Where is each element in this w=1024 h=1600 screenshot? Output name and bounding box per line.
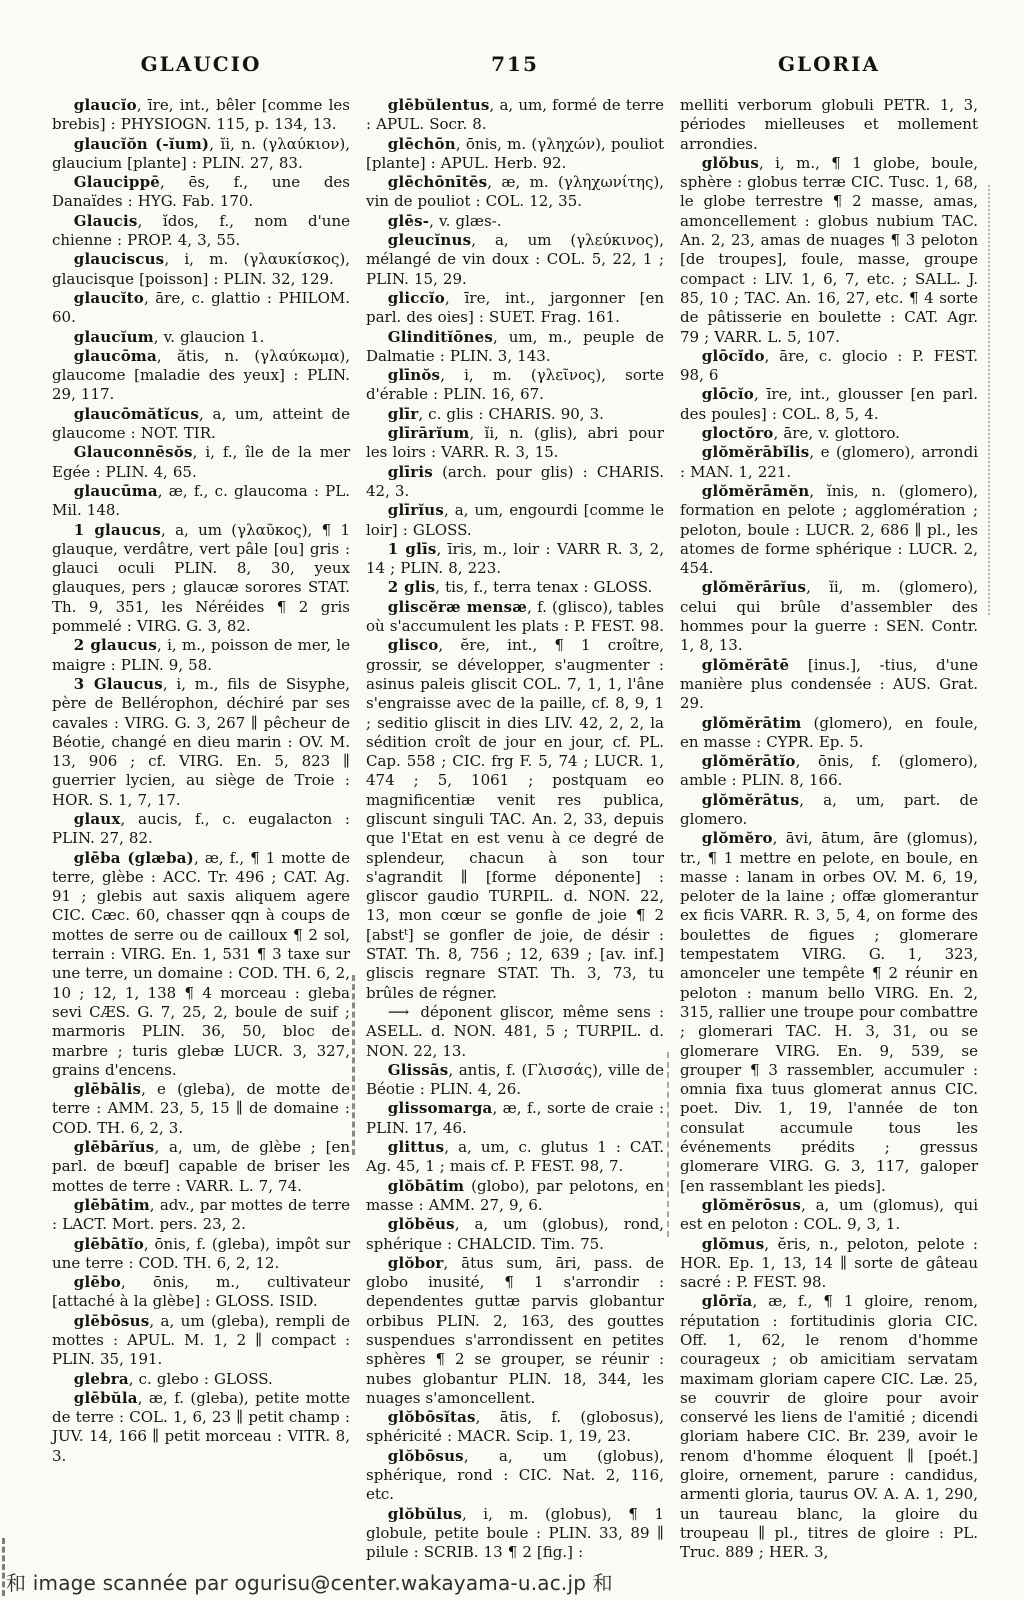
dictionary-entry: 2 glaucus, i, m., poisson de mer, le mai… [52,636,350,675]
dictionary-entry: glēchōn, ōnis, m. (γληχών), pouliot [pla… [366,135,664,174]
entry-headword: glōcĭo [702,385,754,403]
running-head-left: GLAUCIO [52,52,350,76]
entry-body: , i, m., fils de Sisyphe, père de Bellér… [52,675,350,809]
entry-headword: 1 glaucus [74,521,161,539]
dictionary-entry: glaucĭto, āre, c. glattio : PHILOM. 60. [52,289,350,328]
dictionary-entry: glēbātim, adv., par mottes de terre : LA… [52,1196,350,1235]
entry-headword: glēbātĭo [74,1235,144,1253]
dictionary-entry: glŏbor, ātus sum, āri, pass. de globo in… [366,1254,664,1408]
entry-headword: glaucĭum [74,328,154,346]
dictionary-entry: gliccĭo, īre, int., jargonner [en parl. … [366,289,664,328]
dictionary-entry: glīrārĭum, ĭi, n. (glis), abri pour les … [366,424,664,463]
dictionary-entry: Glissās, antis, f. (Γλισσάς), ville de B… [366,1061,664,1100]
entry-headword: glēs- [388,212,429,230]
entry-headword: glittus [388,1138,445,1156]
dictionary-entry: 2 glis, tis, f., terra tenax : GLOSS. [366,578,664,597]
entry-headword: Glaucis [74,212,138,230]
entry-headword: glŏmĕrārĭus [702,578,806,596]
entry-headword: glēbŭlentus [388,96,490,114]
entry-headword: glŏmĕrātim [702,714,802,732]
dictionary-entry: glōcĭdo, āre, c. glocio : P. FEST. 98, 6 [680,347,978,386]
dictionary-entry: glŏmus, ĕris, n., peloton, pelote : HOR.… [680,1235,978,1293]
dictionary-entry: glŏmĕrāmĕn, ĭnis, n. (glomero), formatio… [680,482,978,578]
dictionary-entry: Glinditĭōnes, um, m., peuple de Dalmatie… [366,328,664,367]
dictionary-entry: glŏmĕrōsus, a, um (glomus), qui est en p… [680,1196,978,1235]
dictionary-entry: glaucĭŏn (-ĭum), ĭi, n. (γλαύκιον), glau… [52,135,350,174]
entry-headword: glīrārĭum [388,424,470,442]
entry-headword: glŏbĕus [388,1215,455,1233]
entry-headword: glŏbŭlus [388,1505,462,1523]
dictionary-entry: glŏbātim (globo), par pelotons, en masse… [366,1177,664,1216]
dictionary-entry: Glauconnēsŏs, i, f., île de la mer Egée … [52,443,350,482]
entry-headword: glīnŏs [388,366,440,384]
entry-headword: Glissās [388,1061,449,1079]
dictionary-entry: 1 glīs, īris, m., loir : VARR R. 3, 2, 1… [366,540,664,579]
entry-headword: glēbŭla [74,1389,138,1407]
column-2: glēbŭlentus, a, um, formé de terre : APU… [366,96,664,1563]
entry-headword: glŏmĕro [702,829,773,847]
dictionary-entry: glaux, aucis, f., c. eugalacton : PLIN. … [52,810,350,849]
dictionary-entry: glebra, c. glebo : GLOSS. [52,1370,350,1389]
dictionary-entry: glŏmĕrātĭo, ōnis, f. (glomero), amble : … [680,752,978,791]
entry-headword: glīrĭus [388,501,444,519]
entry-body: , ātus sum, āri, pass. de globo inusité,… [366,1254,664,1407]
entry-headword: glŏmĕrāmĕn [702,482,810,500]
text-columns: glaucĭo, īre, int., bêler [comme les bre… [52,96,978,1563]
entry-headword: glēchōn [388,135,456,153]
running-head-right: GLORIA [680,52,978,76]
dictionary-entry: glittus, a, um, c. glutus 1 : CAT. Ag. 4… [366,1138,664,1177]
scan-artifact-line [667,1052,669,1237]
dictionary-entry: glīrĭus, a, um, engourdi [comme le loir]… [366,501,664,540]
entry-body: , i, m., ¶ 1 globe, boule, sphère : glob… [680,154,978,346]
dictionary-entry: glēbātĭo, ōnis, f. (gleba), impôt sur un… [52,1235,350,1274]
dictionary-entry: glaucōmătĭcus, a, um, atteint de glaucom… [52,405,350,444]
entry-headword: glēbātim [74,1196,150,1214]
dictionary-entry: glēbārĭus, a, um, de glèbe ; [en parl. d… [52,1138,350,1196]
entry-headword: glīr [388,405,419,423]
entry-headword: Glinditĭōnes [388,328,493,346]
entry-headword: Glaucippē [74,173,160,191]
page-number: 715 [366,52,664,76]
entry-headword: glaucĭto [74,289,144,307]
entry-headword: glŏmĕrātĭo [702,752,796,770]
dictionary-page: GLAUCIO 715 GLORIA glaucĭo, īre, int., b… [0,0,1024,1600]
scan-watermark-text: 和 image scannée par ogurisu@center.wakay… [6,1571,613,1595]
dictionary-entry: glŏmĕrārĭus, ĭi, m. (glomero), celui qui… [680,578,978,655]
entry-headword: glaucĭŏn (-ĭum) [74,135,209,153]
entry-headword: glaucōma [74,347,157,365]
entry-headword: 3 Glaucus [74,675,163,693]
scan-artifact-line [988,185,990,615]
entry-headword: gliccĭo [388,289,445,307]
dictionary-entry: glēbālis, e (gleba), de motte de terre :… [52,1080,350,1138]
dictionary-entry: glēba (glæba), æ, f., ¶ 1 motte de terre… [52,849,350,1081]
entry-body: melliti verborum globuli PETR. 1, 3, pér… [680,96,978,153]
entry-headword: gleucĭnus [388,231,472,249]
entry-headword: glōcĭdo [702,347,765,365]
entry-body: , ĕre, int., ¶ 1 croître, grossir, se dé… [366,636,664,1001]
dictionary-entry: Glaucis, ĭdos, f., nom d'une chienne : P… [52,212,350,251]
dictionary-entry: 1 glaucus, a, um (γλαῦκος), ¶ 1 glauque,… [52,521,350,637]
running-head: GLAUCIO 715 GLORIA [52,52,978,76]
entry-body: , c. glis : CHARIS. 90, 3. [418,405,604,423]
entry-headword: glŏmĕrātē [702,656,790,674]
dictionary-entry: 3 Glaucus, i, m., fils de Sisyphe, père … [52,675,350,810]
entry-headword: glŏmĕrābĭlis [702,443,810,461]
entry-headword: gliscĕræ mensæ [388,598,527,616]
entry-headword: glaux [74,810,121,828]
entry-headword: glauciscus [74,250,165,268]
entry-headword: glissomarga [388,1099,493,1117]
dictionary-entry: glēbŭla, æ, f. (gleba), petite motte de … [52,1389,350,1466]
dictionary-entry: melliti verborum globuli PETR. 1, 3, pér… [680,96,978,154]
entry-headword: glŏbor [388,1254,444,1272]
dictionary-entry: glaucĭum, v. glaucion 1. [52,328,350,347]
entry-headword: glŏbōsĭtas [388,1408,476,1426]
entry-headword: 1 glīs [388,540,437,558]
dictionary-entry: glŏmĕrātus, a, um, part. de glomero. [680,791,978,830]
entry-body: , v. glaucion 1. [154,328,265,346]
dictionary-entry: glŏbōsĭtas, ātis, f. (globosus), sphéric… [366,1408,664,1447]
dictionary-entry: gliscĕræ mensæ, f. (glisco), tables où s… [366,598,664,637]
dictionary-entry: glisco, ĕre, int., ¶ 1 croître, grossir,… [366,636,664,1003]
deponent-arrow-icon: ⟶ [388,1003,413,1021]
dictionary-entry: glēs-, v. glæs-. [366,212,664,231]
entry-headword: glēbālis [74,1080,141,1098]
dictionary-entry: glōcĭo, īre, int., glousser [en parl. de… [680,385,978,424]
dictionary-entry: gleucĭnus, a, um (γλεύκινος), mélangé de… [366,231,664,289]
entry-body: , āre, v. glottoro. [774,424,900,442]
dictionary-entry: glaucĭo, īre, int., bêler [comme les bre… [52,96,350,135]
dictionary-entry: glaucōma, ătis, n. (γλαύκωμα), glaucome … [52,347,350,405]
entry-headword: glaucōmătĭcus [74,405,199,423]
column-3: melliti verborum globuli PETR. 1, 3, pér… [680,96,978,1563]
dictionary-entry: Glaucippē, ēs, f., une des Danaïdes : HY… [52,173,350,212]
entry-body: , c. glebo : GLOSS. [129,1370,273,1388]
dictionary-entry: glauciscus, i, m. (γλαυκίσκος), glaucisq… [52,250,350,289]
entry-headword: glŏbus [702,154,759,172]
entry-body: , æ, f., ¶ 1 gloire, renom, réputation :… [680,1292,978,1561]
entry-headword: glēchōnītēs [388,173,488,191]
entry-headword: glisco [388,636,439,654]
entry-headword: glŏbātim [388,1177,465,1195]
dictionary-entry: glīnŏs, i, m. (γλεῖνος), sorte d'érable … [366,366,664,405]
dictionary-entry: glŏmĕrātē [inus.], -tius, d'une manière … [680,656,978,714]
entry-headword: glaucĭo [74,96,137,114]
dictionary-entry: glŏbus, i, m., ¶ 1 globe, boule, sphère … [680,154,978,347]
dictionary-entry: glŏbĕus, a, um (globus), rond, sphérique… [366,1215,664,1254]
entry-body: , tis, f., terra tenax : GLOSS. [435,578,652,596]
dictionary-entry: glīris (arch. pour glis) : CHARIS. 42, 3… [366,463,664,502]
entry-headword: 2 glaucus [74,636,157,654]
entry-headword: glēbārĭus [74,1138,155,1156]
dictionary-entry: glēbo, ōnis, m., cultivateur [attaché à … [52,1273,350,1312]
dictionary-entry: glēbōsus, a, um (gleba), rempli de motte… [52,1312,350,1370]
dictionary-entry: glēbŭlentus, a, um, formé de terre : APU… [366,96,664,135]
entry-headword: gloctŏro [702,424,774,442]
entry-headword: glīris [388,463,433,481]
entry-headword: glōrĭa [702,1292,753,1310]
entry-headword: Glauconnēsŏs [74,443,193,461]
dictionary-entry: ⟶ déponent gliscor, même sens : ASELL. d… [366,1003,664,1061]
scan-artifact-line [2,1538,5,1596]
dictionary-entry: glīr, c. glis : CHARIS. 90, 3. [366,405,664,424]
dictionary-entry: glŏbŭlus, i, m. (globus), ¶ 1 globule, p… [366,1505,664,1563]
dictionary-entry: gloctŏro, āre, v. glottoro. [680,424,978,443]
entry-headword: glŏmĕrōsus [702,1196,801,1214]
entry-headword: glēba (glæba) [74,849,194,867]
entry-headword: glŏmus [702,1235,765,1253]
column-1: glaucĭo, īre, int., bêler [comme les bre… [52,96,350,1466]
dictionary-entry: glēchōnītēs, æ, m. (γληχωνίτης), vin de … [366,173,664,212]
entry-body: , v. glæs-. [429,212,501,230]
entry-body: , āvi, ātum, āre (glomus), tr., ¶ 1 mett… [680,829,978,1194]
scan-watermark: 和 image scannée par ogurisu@center.wakay… [6,1567,613,1596]
dictionary-entry: glŏmĕrābĭlis, e (glomero), arrondi : MAN… [680,443,978,482]
entry-headword: glēbōsus [74,1312,150,1330]
dictionary-entry: glissomarga, æ, f., sorte de craie : PLI… [366,1099,664,1138]
dictionary-entry: glaucūma, æ, f., c. glaucoma : PL. Mil. … [52,482,350,521]
scan-artifact-line [352,975,355,1155]
dictionary-entry: glŏbōsus, a, um (globus), sphérique, ron… [366,1447,664,1505]
entry-headword: glebra [74,1370,129,1388]
dictionary-entry: glŏmĕrātim (glomero), en foule, en masse… [680,714,978,753]
dictionary-entry: glŏmĕro, āvi, ātum, āre (glomus), tr., ¶… [680,829,978,1196]
entry-body: , æ, f., ¶ 1 motte de terre, glèbe : ACC… [52,849,350,1079]
entry-headword: glŏbōsus [388,1447,464,1465]
entry-headword: glēbo [74,1273,121,1291]
entry-headword: 2 glis [388,578,436,596]
entry-headword: glaucūma [74,482,158,500]
dictionary-entry: glōrĭa, æ, f., ¶ 1 gloire, renom, réputa… [680,1292,978,1562]
entry-headword: glŏmĕrātus [702,791,800,809]
